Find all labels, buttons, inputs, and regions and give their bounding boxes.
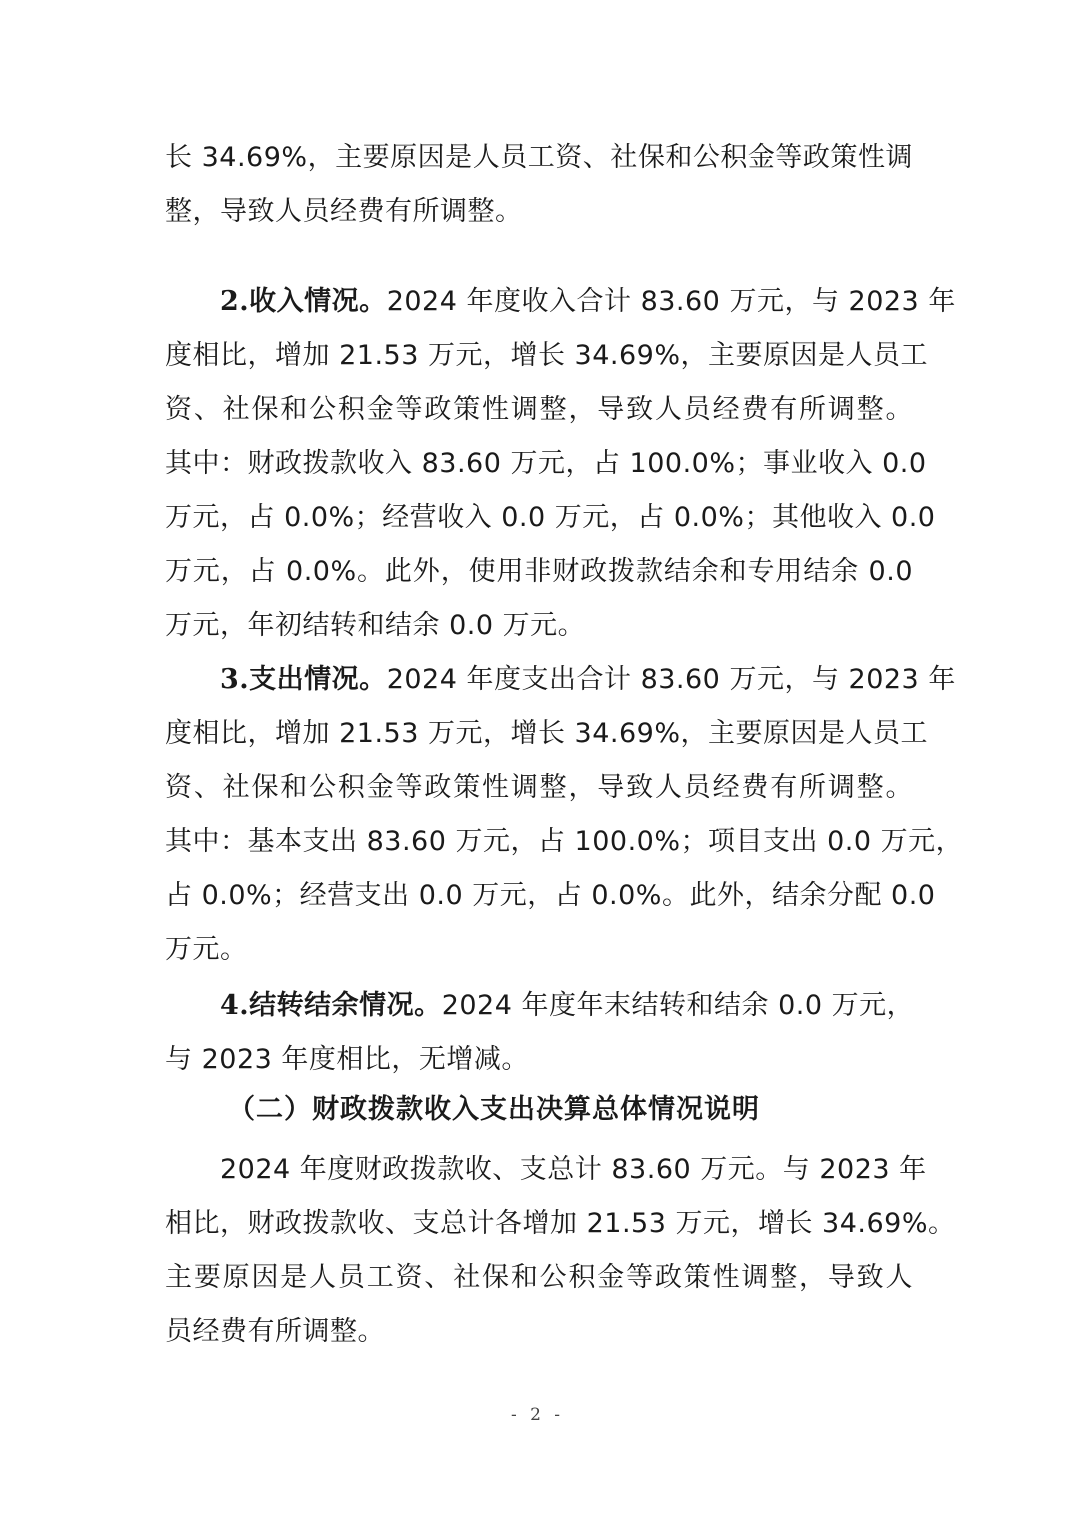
- paragraph-line: 主要原因是人员工资、社保和公积金等政策性调整，导致人: [165, 1258, 913, 1298]
- paragraph-line: 整，导致人员经费有所调整。: [165, 192, 913, 232]
- expenditure-text: 2024 年度支出合计 83.60 万元，与 2023 年: [387, 664, 956, 695]
- paragraph-line: 万元。: [165, 930, 913, 970]
- paragraph-line: 相比，财政拨款收、支总计各增加 21.53 万元，增长 34.69%。: [165, 1204, 913, 1244]
- document-page: 长 34.69%，主要原因是人员工资、社保和公积金等政策性调 整，导致人员经费有…: [0, 0, 1075, 1520]
- paragraph-line: 员经费有所调整。: [165, 1312, 913, 1352]
- paragraph-line: 万元，年初结转和结余 0.0 万元。: [165, 606, 913, 646]
- page-number: - 2 -: [0, 1405, 1075, 1425]
- paragraph-line: 其中：财政拨款收入 83.60 万元，占 100.0%；事业收入 0.0: [165, 444, 913, 484]
- balance-text: 2024 年度年末结转和结余 0.0 万元，: [442, 990, 914, 1021]
- income-section-title: 2.收入情况。: [220, 286, 387, 317]
- paragraph-line: 度相比，增加 21.53 万元，增长 34.69%，主要原因是人员工: [165, 336, 913, 376]
- expenditure-section-first-line: 3.支出情况。2024 年度支出合计 83.60 万元，与 2023 年: [220, 660, 913, 700]
- paragraph-line: 度相比，增加 21.53 万元，增长 34.69%，主要原因是人员工: [165, 714, 913, 754]
- paragraph-line: 资、社保和公积金等政策性调整，导致人员经费有所调整。: [165, 390, 913, 430]
- paragraph-line: 其中：基本支出 83.60 万元，占 100.0%；项目支出 0.0 万元，: [165, 822, 913, 862]
- paragraph-line: 万元，占 0.0%；经营收入 0.0 万元，占 0.0%；其他收入 0.0: [165, 498, 913, 538]
- paragraph-line: 万元，占 0.0%。此外，使用非财政拨款结余和专用结余 0.0: [165, 552, 913, 592]
- paragraph-line: 资、社保和公积金等政策性调整，导致人员经费有所调整。: [165, 768, 913, 808]
- paragraph-line: 长 34.69%，主要原因是人员工资、社保和公积金等政策性调: [165, 138, 913, 178]
- expenditure-section-title: 3.支出情况。: [220, 664, 387, 695]
- paragraph-line: 占 0.0%；经营支出 0.0 万元，占 0.0%。此外，结余分配 0.0: [165, 876, 913, 916]
- balance-section-first-line: 4.结转结余情况。2024 年度年末结转和结余 0.0 万元，: [220, 986, 913, 1026]
- income-text: 2024 年度收入合计 83.60 万元，与 2023 年: [387, 286, 956, 317]
- paragraph-line: 2024 年度财政拨款收、支总计 83.60 万元。与 2023 年: [220, 1150, 913, 1190]
- section-heading: （二）财政拨款收入支出决算总体情况说明: [228, 1090, 760, 1130]
- paragraph-line: 与 2023 年度相比，无增减。: [165, 1040, 913, 1080]
- income-section-first-line: 2.收入情况。2024 年度收入合计 83.60 万元，与 2023 年: [220, 282, 913, 322]
- balance-section-title: 4.结转结余情况。: [220, 990, 442, 1021]
